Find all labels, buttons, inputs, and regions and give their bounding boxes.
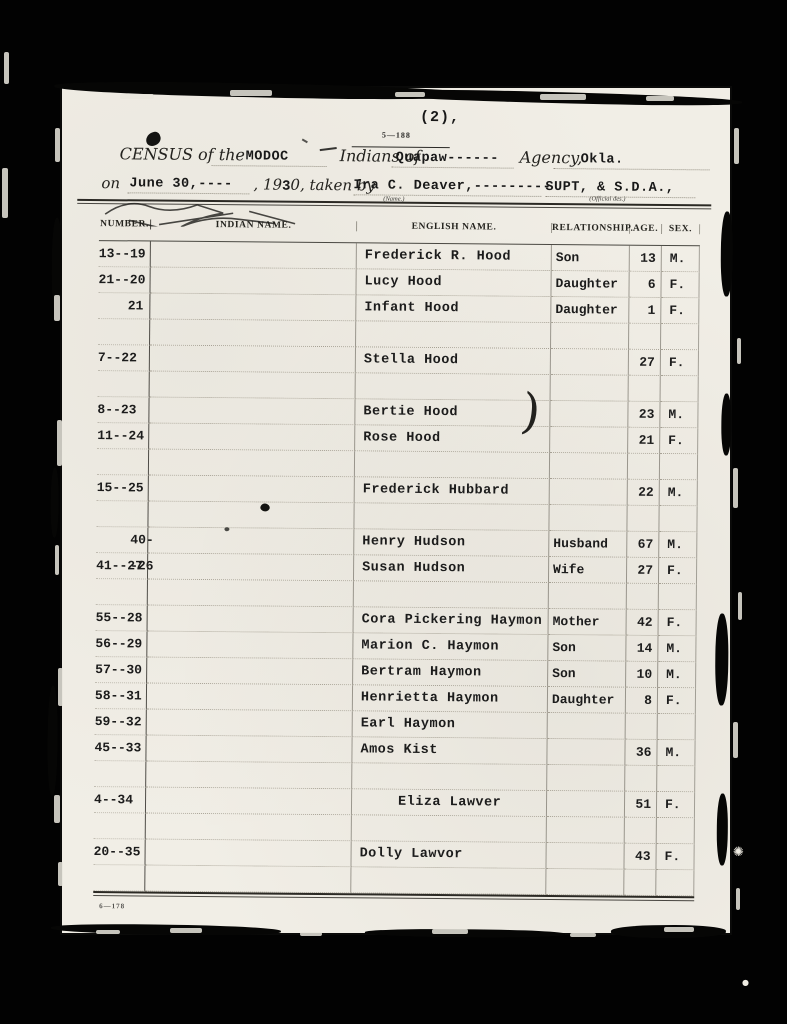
title-state: Okla.	[581, 152, 624, 167]
cell-english-name: Bertram Haymon	[353, 659, 548, 687]
cell-number: 15--25	[97, 475, 149, 501]
cell-age	[624, 870, 656, 896]
cell-indian-name	[145, 865, 351, 893]
census-page: (2), 5—188 CENSUS of the MODOC Indians o…	[62, 88, 730, 933]
cell-indian-name	[145, 839, 351, 867]
cell-english-name	[351, 867, 546, 895]
cell-number	[93, 865, 145, 891]
cell-age: 23	[628, 402, 660, 428]
cell-age: 21	[628, 428, 660, 454]
cell-english-name: Lucy Hood	[356, 269, 551, 297]
cell-sex	[659, 584, 697, 610]
cell-indian-name	[149, 450, 355, 478]
cell-sex: M.	[658, 636, 696, 662]
cell-number: 8--23	[97, 397, 149, 423]
cell-age: 6	[629, 272, 661, 298]
pen-dash	[320, 147, 337, 151]
cell-number: 59--32	[95, 709, 147, 735]
cell-english-name: Susan Hudson	[354, 555, 549, 583]
cell-number	[97, 449, 149, 475]
cell-indian-name	[148, 606, 354, 634]
cell-sex: F.	[660, 428, 698, 454]
cell-sex: F.	[656, 844, 694, 870]
cell-age: 13	[630, 246, 662, 272]
cell-english-name: Stella Hood	[356, 347, 551, 375]
cell-number: 58--31	[95, 683, 147, 709]
cell-number	[98, 319, 150, 345]
cell-sex: F.	[659, 558, 697, 584]
cell-english-name: Henrietta Haymon	[353, 685, 548, 713]
scan-noise	[58, 862, 63, 886]
cell-number	[96, 579, 148, 605]
cell-number: 11--24	[97, 423, 149, 449]
scan-noise	[230, 90, 272, 96]
cell-indian-name	[148, 502, 354, 530]
scan-noise	[55, 545, 59, 575]
cell-english-name	[352, 815, 547, 843]
scan-edge	[721, 394, 732, 456]
cell-indian-name	[149, 398, 355, 426]
cell-indian-name	[147, 632, 353, 660]
cell-sex	[659, 506, 697, 532]
cell-indian-name	[146, 736, 352, 764]
cell-indian-name	[150, 268, 356, 296]
page-number: (2),	[420, 109, 460, 126]
scan-noise	[646, 96, 674, 101]
cell-english-name: Amos Kist	[352, 737, 547, 765]
cell-relationship	[547, 739, 625, 766]
cell-number: 7--22	[98, 345, 150, 371]
cell-relationship: Son	[548, 635, 626, 662]
col-header-sex: SEX.	[662, 224, 700, 234]
title-agency: Quapaw------	[396, 151, 499, 167]
scan-noise	[54, 295, 60, 321]
cell-relationship	[551, 323, 629, 350]
cell-number: 56--29	[95, 631, 147, 657]
cell-relationship	[551, 349, 629, 376]
title-printed-prefix: CENSUS of the	[120, 144, 245, 164]
cell-sex: F.	[661, 298, 699, 324]
scan-noise	[55, 128, 60, 162]
scan-edge	[717, 793, 729, 865]
scan-noise	[733, 468, 738, 508]
cell-number: 21--20	[98, 267, 150, 293]
col-header-age: AGE.	[630, 224, 662, 234]
cell-sex: M.	[660, 402, 698, 428]
scan-noise	[736, 888, 740, 910]
title-fill-line	[392, 167, 514, 169]
col-header-relationship: RELATIONSHIP.	[552, 223, 630, 234]
scan-noise	[170, 928, 202, 933]
cell-sex: F.	[661, 350, 699, 376]
cell-relationship: Son	[548, 661, 626, 688]
cell-age	[626, 714, 658, 740]
cell-english-name: Frederick Hubbard	[355, 477, 550, 505]
cell-number: 4--34	[94, 787, 146, 813]
cell-english-name: Dolly Lawvor	[351, 841, 546, 869]
cell-indian-name	[150, 320, 356, 348]
cell-relationship	[550, 479, 628, 506]
title-tribe: MODOC	[246, 149, 289, 164]
cell-indian-name	[150, 346, 356, 374]
scan-edge	[50, 468, 59, 538]
subtitle-official-title: SUPT, & S.D.A.,	[545, 180, 674, 196]
scan-edge	[715, 613, 729, 705]
cell-english-name: Marion C. Haymon	[353, 633, 548, 661]
title-fill-line	[212, 165, 327, 167]
scan-noise	[733, 722, 738, 758]
cell-relationship: Daughter	[551, 297, 629, 324]
form-number-bottom: 6—178	[99, 902, 125, 910]
cell-sex	[657, 818, 695, 844]
scan-edge	[47, 686, 58, 796]
cell-relationship	[547, 817, 625, 844]
cell-relationship: Husband	[549, 531, 627, 558]
cell-relationship: Daughter	[548, 687, 626, 714]
cell-english-name: Earl Haymon	[353, 711, 548, 739]
census-table: NUMBER. INDIAN NAME. ENGLISH NAME. RELAT…	[93, 208, 700, 896]
pen-scribble	[99, 180, 399, 229]
cell-indian-name	[148, 554, 354, 582]
cell-age: 67	[627, 532, 659, 558]
cell-relationship: Wife	[549, 557, 627, 584]
cell-relationship	[547, 765, 625, 792]
cell-relationship: Daughter	[551, 271, 629, 298]
cell-sex: M.	[659, 532, 697, 558]
cell-sex: M.	[658, 662, 696, 688]
cell-sex	[658, 714, 696, 740]
cell-number	[94, 813, 146, 839]
scan-noise	[57, 420, 62, 466]
cell-sex: F.	[658, 688, 696, 714]
scan-edge	[720, 211, 733, 296]
cell-number	[96, 501, 148, 527]
cell-age: 36	[625, 740, 657, 766]
cell-indian-name	[151, 242, 357, 270]
cell-age	[625, 818, 657, 844]
cell-relationship: Son	[552, 245, 630, 272]
cell-indian-name	[150, 294, 356, 322]
cell-indian-name	[147, 684, 353, 712]
cell-sex: F.	[659, 610, 697, 636]
cell-age	[625, 766, 657, 792]
scan-noise	[570, 933, 596, 937]
cell-age: 43	[624, 844, 656, 870]
cell-number	[94, 761, 146, 787]
ink-speck	[224, 527, 229, 531]
title-printed-agency-label: Agency,	[520, 148, 583, 168]
cell-relationship: Mother	[549, 609, 627, 636]
cell-number: 20--35	[93, 839, 145, 865]
cell-relationship	[550, 401, 628, 428]
cell-number: 13--19	[99, 241, 151, 267]
cell-age: 42	[627, 610, 659, 636]
cell-sex: F.	[657, 792, 695, 818]
cell-english-name: Infant Hood	[356, 295, 551, 323]
cell-indian-name	[149, 476, 355, 504]
cell-sex	[661, 324, 699, 350]
cell-number: 55--28	[96, 605, 148, 631]
cell-relationship	[550, 453, 628, 480]
cell-relationship	[547, 791, 625, 818]
cell-english-name	[356, 321, 551, 349]
cell-sex	[657, 766, 695, 792]
scan-noise-dot: ●	[742, 978, 749, 987]
cell-age: 10	[626, 662, 658, 688]
cell-number	[98, 371, 150, 397]
cell-sex: F.	[661, 272, 699, 298]
cell-indian-name	[147, 710, 353, 738]
cell-english-name	[356, 373, 551, 401]
cell-age	[629, 324, 661, 350]
cell-age	[629, 376, 661, 402]
scan-noise	[734, 128, 739, 164]
cell-relationship	[546, 869, 624, 896]
cell-indian-name	[146, 787, 352, 815]
cell-age: 14	[626, 636, 658, 662]
cell-age: 27	[627, 558, 659, 584]
cell-age	[627, 584, 659, 610]
cell-age	[628, 454, 660, 480]
cell-age: 27	[629, 350, 661, 376]
cell-age	[627, 506, 659, 532]
title-fill-line	[554, 168, 710, 170]
cell-indian-name	[150, 372, 356, 400]
cell-indian-name	[146, 761, 352, 789]
scan-edge	[51, 923, 281, 937]
page-content: (2), 5—188 CENSUS of the MODOC Indians o…	[55, 88, 730, 939]
cell-indian-name	[148, 528, 354, 556]
cell-english-name: Eliza Lawver	[352, 789, 547, 817]
cell-indian-name	[149, 424, 355, 452]
cell-number: 21	[98, 293, 150, 319]
cell-english-name	[352, 763, 547, 791]
scan-noise-star: ✺	[733, 845, 744, 860]
cell-english-name: Henry Hudson	[354, 529, 549, 557]
cell-age: 22	[628, 480, 660, 506]
cell-relationship	[548, 713, 626, 740]
scan-noise	[58, 668, 63, 706]
scan-noise	[300, 932, 322, 936]
cell-english-name: Frederick R. Hood	[357, 243, 552, 271]
scanned-document-viewer: (2), 5—188 CENSUS of the MODOC Indians o…	[0, 0, 787, 1024]
scan-noise	[540, 94, 586, 100]
cell-age: 8	[626, 688, 658, 714]
scan-noise	[395, 92, 425, 97]
cell-english-name: Cora Pickering Haymon	[354, 607, 549, 635]
cell-number: 57--30	[95, 657, 147, 683]
cell-relationship	[546, 843, 624, 870]
scan-noise	[737, 338, 741, 364]
scan-noise	[2, 168, 8, 218]
pen-tick	[302, 138, 308, 143]
form-number-top: 5—188	[382, 131, 411, 140]
cell-number: 41--27	[96, 553, 148, 579]
scan-noise	[664, 927, 694, 932]
cell-sex: M.	[660, 480, 698, 506]
scan-noise	[120, 94, 154, 99]
cell-sex	[656, 870, 694, 896]
cell-number: 45--33	[94, 735, 146, 761]
scan-noise	[432, 929, 468, 934]
cell-sex: M.	[662, 246, 700, 272]
cell-relationship	[549, 583, 627, 610]
cell-sex	[660, 454, 698, 480]
scan-noise	[4, 52, 9, 84]
cell-age: 1	[629, 298, 661, 324]
cell-relationship	[550, 427, 628, 454]
cell-sex	[661, 376, 699, 402]
scan-noise	[96, 930, 120, 934]
cell-english-name	[354, 503, 549, 531]
cell-relationship	[549, 505, 627, 532]
cell-english-name	[354, 581, 549, 609]
table-body: 13--19 Frederick R. Hood Son 13 M. 21--2…	[93, 241, 700, 896]
cell-indian-name	[147, 658, 353, 686]
cell-age: 51	[625, 792, 657, 818]
cell-number: 40--26	[96, 527, 148, 553]
cell-english-name	[355, 451, 550, 479]
cell-relationship	[551, 375, 629, 402]
cell-sex: M.	[657, 740, 695, 766]
cell-indian-name	[148, 580, 354, 608]
scan-noise	[738, 592, 742, 620]
cell-indian-name	[146, 813, 352, 841]
scan-noise	[54, 795, 60, 823]
